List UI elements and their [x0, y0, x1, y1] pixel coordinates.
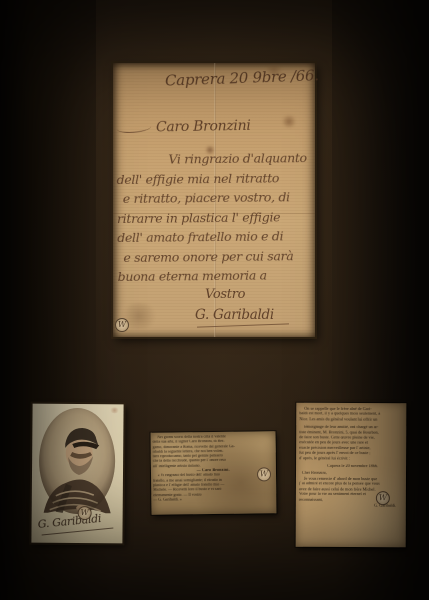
letter-body-line: buona eterna memoria a — [118, 265, 318, 287]
monogram-stamp-icon: W — [115, 318, 129, 332]
newspaper-clipping-italian: Nei giorni scorsi della nostra città il … — [151, 431, 277, 515]
letter-body-line: Vi ringrazio d'alquanto — [168, 148, 316, 169]
letter-closing: Vostro — [205, 287, 245, 302]
pen-flourish-icon — [117, 123, 151, 134]
clipping-line: Nice. Les amis du général voulant lui of… — [299, 417, 406, 423]
letter-body-line: e saremo onore per cui sarà — [123, 245, 317, 267]
letter-body: Vi ringrazio d'alquanto dell' effigie mi… — [116, 148, 317, 287]
clipping-line: — G. Garibaldi. » — [153, 496, 274, 502]
monogram-stamp-icon: W — [376, 491, 390, 505]
clipping-line: reconnaissant, — [299, 497, 406, 503]
garibaldi-letter: Caprera 20 9bre /66. Caro Bronzini Vi ri… — [113, 63, 315, 337]
monogram-stamp-icon: W — [257, 467, 271, 481]
paper-stain — [281, 115, 297, 128]
letter-signature: G. Garibaldi — [195, 307, 274, 323]
clipping-signature: G. Garibaldi. — [299, 503, 406, 509]
clipping-dateline: Caprera le 20 novembre 1866. — [299, 464, 406, 470]
letter-body-line: ritrarre in plastica l' effigie — [117, 206, 317, 228]
newspaper-clipping-french: On se rappelle que le frère aîné de Gari… — [296, 403, 407, 548]
letter-date: Caprera 20 9bre /66. — [165, 66, 319, 89]
signature-underline — [197, 323, 289, 327]
letter-body-line: e ritratto, piacere vostro, di — [123, 187, 317, 209]
letter-salutation: Caro Bronzini — [117, 118, 251, 136]
monogram-stamp-icon: W — [78, 506, 92, 520]
corner-smudge — [110, 407, 120, 413]
mount-board: Caprera 20 9bre /66. Caro Bronzini Vi ri… — [0, 0, 429, 600]
garibaldi-photo-card: G. Garibaldi W — [31, 404, 123, 544]
letter-body-line: dell' effigie mia nel ritratto — [116, 167, 316, 189]
letter-body-line: dell' amato fratello mio e di — [117, 226, 317, 248]
clipping-line: d' après, le général lui écrivit : — [299, 456, 406, 462]
